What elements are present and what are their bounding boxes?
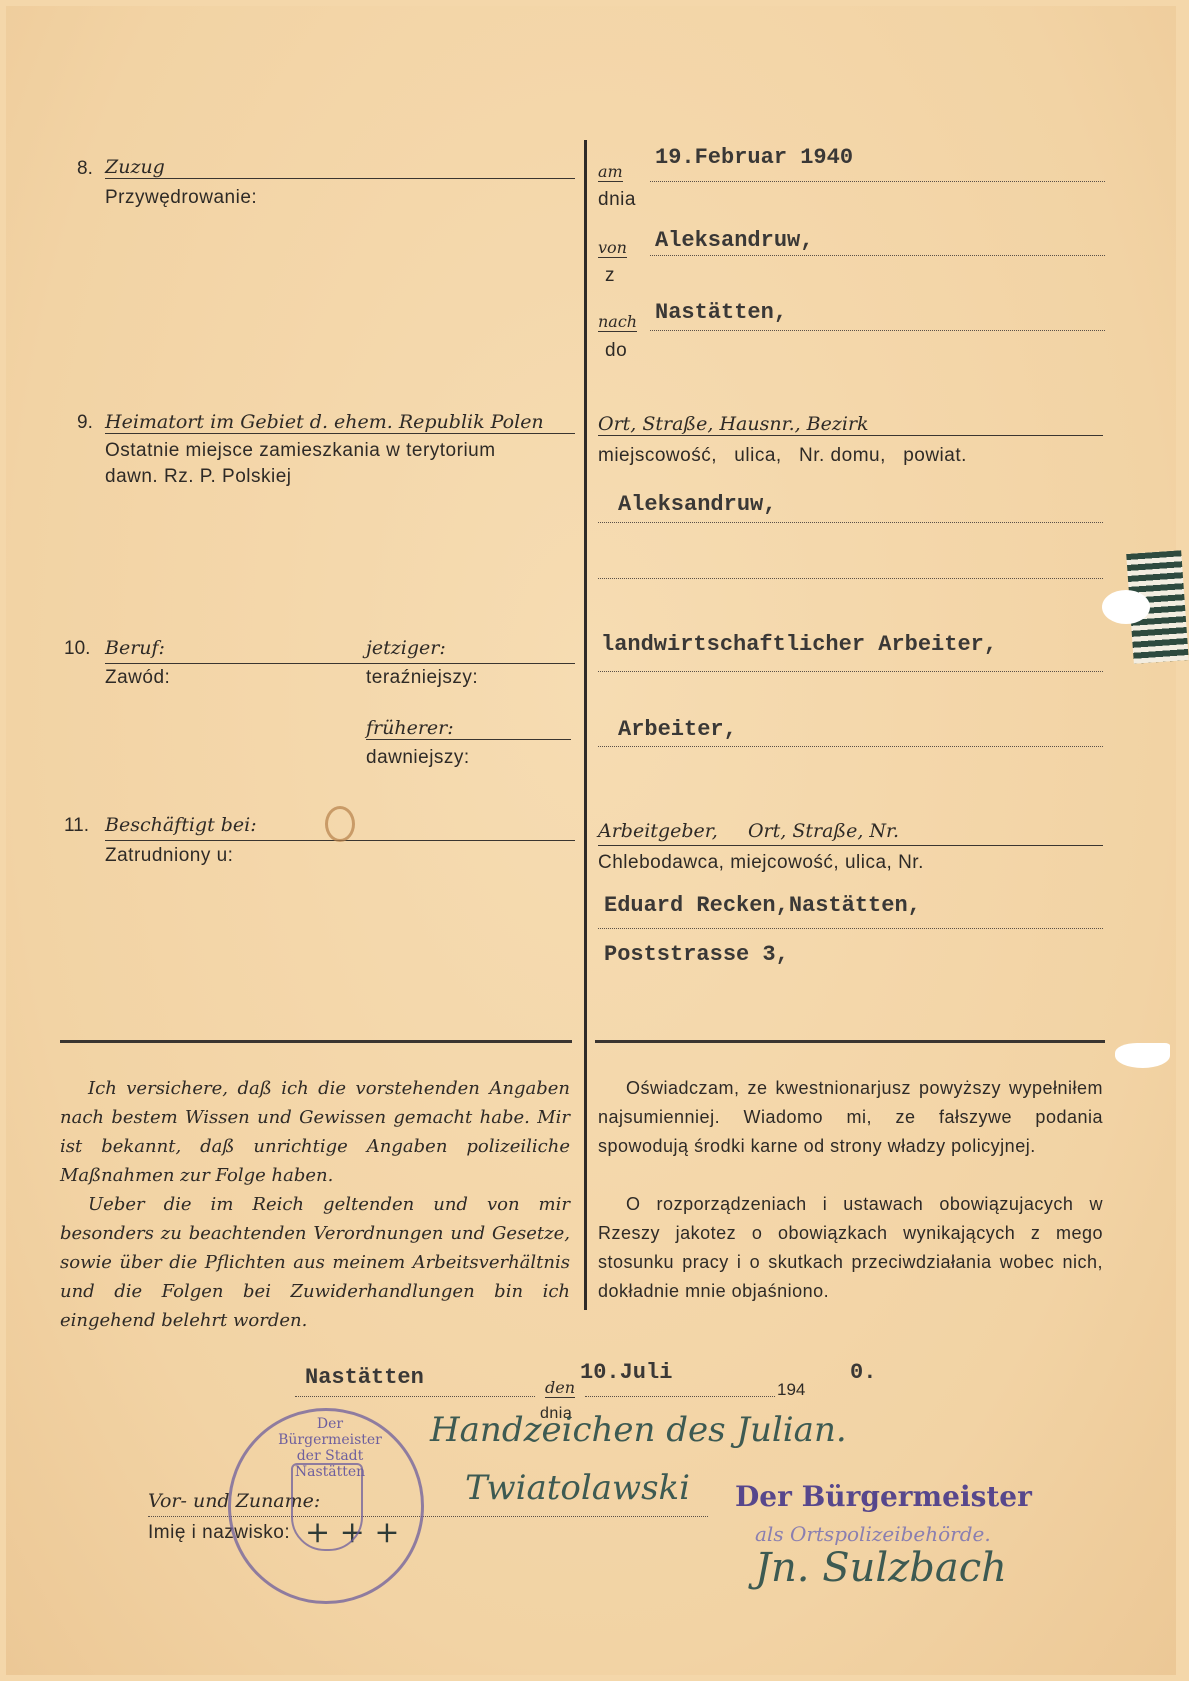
seal-text: Der Bürgermeister der Stadt Nastätten: [270, 1416, 390, 1480]
item8-from-value: Aleksandruw,: [655, 228, 813, 253]
item8-number: 8.: [77, 158, 93, 180]
official-stamp-sub: als Ortspolizeibehörde.: [755, 1522, 991, 1546]
item8-dnia-label: dnia: [598, 189, 636, 211]
item10-current-line: [598, 671, 1103, 672]
separator-left: [60, 1040, 572, 1043]
item9-line-1: [598, 522, 1103, 523]
paper-tear: [1115, 1043, 1170, 1068]
official-stamp: Der Bürgermeister: [735, 1480, 1032, 1513]
item9-label-pl-2: dawn. Rz. P. Polskiej: [105, 466, 292, 488]
item10-current-label-pl: teraźniejszy:: [366, 667, 478, 689]
item9-line-2: [598, 578, 1103, 579]
item10-label-pl: Zawód:: [105, 667, 170, 689]
item11-label-de: Beschäftigt bei:: [105, 814, 257, 836]
item8-do-label: do: [605, 340, 627, 362]
item8-date-value: 19.Februar 1940: [655, 145, 853, 170]
place-value: Nastätten: [305, 1365, 424, 1390]
item9-addr-label-de: Ort, Straße, Hausnr., Bezirk: [598, 413, 1103, 436]
item11-employer-label-de: Arbeitgeber, Ort, Straße, Nr.: [598, 820, 899, 842]
date-line: [585, 1396, 775, 1397]
item8-z-label: z: [605, 265, 615, 287]
separator-right: [595, 1040, 1105, 1043]
item11-employer-value-2: Poststrasse 3,: [604, 942, 789, 967]
declaration-de-p1: Ich versichere, daß ich die vorstehenden…: [60, 1074, 570, 1190]
item11-employer-underline: [598, 845, 1103, 846]
year-suffix: 0.: [850, 1360, 876, 1385]
item8-am-label: am: [598, 162, 623, 182]
den-label: den: [545, 1378, 575, 1398]
declaration-pl-p2: O rozporządzeniach i ustawach obowiązuja…: [598, 1190, 1103, 1306]
item10-former-value: Arbeiter,: [618, 717, 737, 742]
item11-employer-label-pl: Chlebodawca, miejcowość, ulica, Nr.: [598, 852, 924, 874]
item11-employer-value-1: Eduard Recken,Nastätten,: [604, 893, 921, 918]
item10-current-label-de: jetziger:: [366, 637, 446, 659]
item10-underline: [105, 663, 575, 664]
item10-current-value: landwirtschaftlicher Arbeiter,: [601, 632, 997, 657]
paper-hole: [1102, 590, 1150, 624]
item9-number: 9.: [77, 412, 93, 434]
column-divider: [584, 140, 587, 1310]
item8-label-pl: Przywędrowanie:: [105, 187, 257, 209]
item11-line-1: [598, 928, 1103, 929]
declaration-de-p2: Ueber die im Reich geltenden und von mir…: [60, 1190, 570, 1335]
item9-label-de: Heimatort im Gebiet d. ehem. Republik Po…: [105, 411, 575, 434]
item10-label-de: Beruf:: [105, 637, 165, 659]
item10-former-line: [598, 746, 1103, 747]
official-signature: Jn. Sulzbach: [755, 1545, 1007, 1591]
item8-from-line: [650, 255, 1105, 256]
item9-label-pl-1: Ostatnie miejsce zamieszkania w terytori…: [105, 440, 496, 462]
declaration-pl-p1: Oświadczam, ze kwestnionarjusz powyższy …: [598, 1074, 1103, 1161]
place-line: [295, 1396, 535, 1397]
item8-to-value: Nastätten,: [655, 300, 787, 325]
year-prefix: 194: [777, 1380, 805, 1400]
item9-value: Aleksandruw,: [618, 492, 776, 517]
item8-label-de: Zuzug: [105, 156, 575, 179]
item10-number: 10.: [64, 638, 90, 660]
handwritten-mark-line-2: Twiatolawski: [465, 1468, 690, 1508]
item11-number: 11.: [64, 815, 89, 837]
handwritten-mark-line-1: Handzeichen des Julian.: [430, 1410, 847, 1450]
item10-former-label-de: früherer:: [366, 717, 571, 740]
item9-addr-label-pl: miejscowość, ulica, Nr. domu, powiat.: [598, 445, 967, 467]
item8-nach-label: nach: [598, 312, 637, 332]
date-value: 10.Juli: [580, 1360, 672, 1385]
item8-von-label: von: [598, 238, 627, 258]
item8-date-line: [650, 181, 1105, 182]
rust-stain: [325, 806, 355, 842]
item10-former-label-pl: dawniejszy:: [366, 747, 470, 769]
item11-label-pl: Zatrudniony u:: [105, 845, 233, 867]
item8-to-line: [650, 330, 1105, 331]
